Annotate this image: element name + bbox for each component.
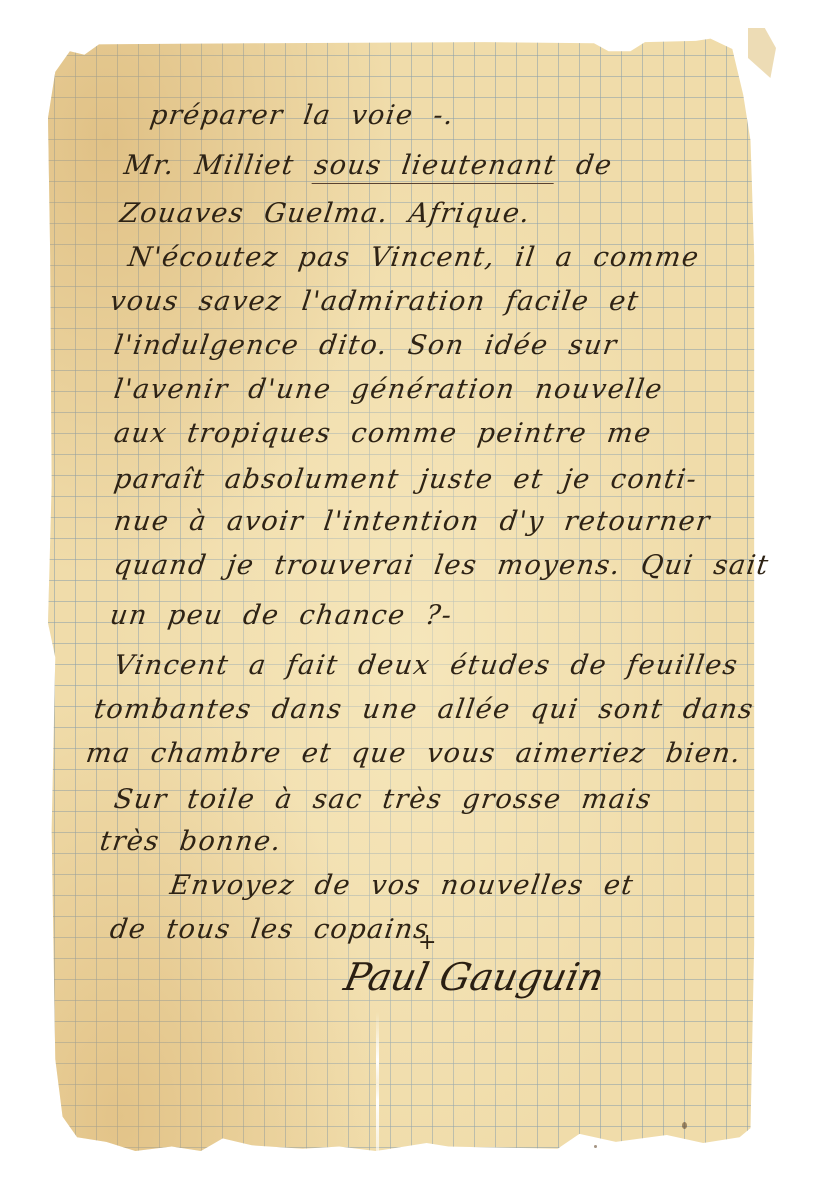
- letter-line: préparer la voie -.: [148, 100, 457, 131]
- letter-line: paraît absolument juste et je conti-: [112, 464, 699, 495]
- letter-line: ma chambre et que vous aimeriez bien.: [84, 738, 744, 769]
- folded-corner: [748, 28, 776, 78]
- letter-line-text: Mr. Milliet: [122, 150, 317, 181]
- ink-spot: [682, 1122, 687, 1129]
- letter-line: Envoyez de vos nouvelles et: [168, 870, 636, 901]
- letter-line: nue à avoir l'intention d'y retourner: [112, 506, 713, 537]
- letter-line: Mr. Milliet sous lieutenant de: [122, 150, 615, 181]
- paper-tear: [376, 1012, 379, 1172]
- letter-line: Sur toile à sac très grosse mais: [112, 784, 654, 815]
- letter-line: Vincent a fait deux études de feuilles: [112, 650, 740, 681]
- letter-line: N'écoutez pas Vincent, il a comme: [126, 242, 702, 273]
- ink-spot: [594, 1145, 597, 1148]
- letter-line-text: de: [554, 150, 615, 181]
- letter-line: très bonne.: [98, 826, 284, 857]
- signature: Paul Gauguin: [340, 955, 607, 999]
- letter-line: vous savez l'admiration facile et: [108, 286, 641, 317]
- signature-cross: +: [418, 930, 436, 955]
- letter-line: tombantes dans une allée qui sont dans: [92, 694, 756, 725]
- letter-line: aux tropiques comme peintre me: [112, 418, 654, 449]
- letter-line: un peu de chance ?-: [108, 600, 455, 631]
- letter-line: l'indulgence dito. Son idée sur: [112, 330, 620, 361]
- letter-line: quand je trouverai les moyens. Qui sait: [112, 550, 771, 581]
- letter-line: Zouaves Guelma. Afrique.: [118, 198, 533, 229]
- letter-line: l'avenir d'une génération nouvelle: [112, 374, 665, 405]
- underlined-text: sous lieutenant: [312, 150, 558, 184]
- letter-line: de tous les copains: [108, 914, 431, 945]
